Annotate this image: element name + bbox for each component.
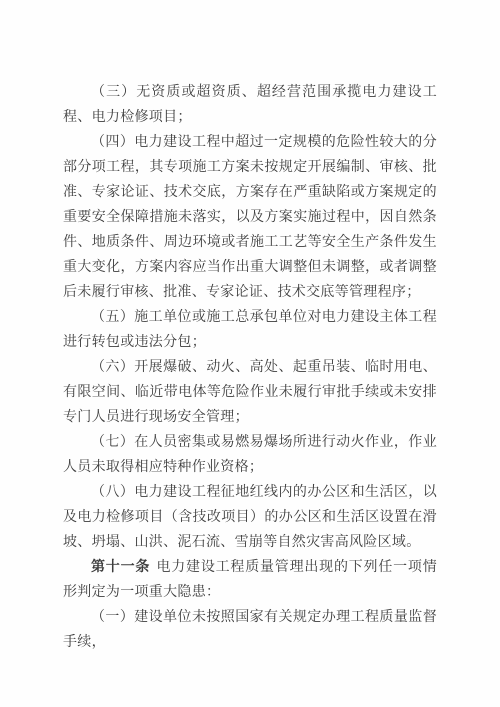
- clause-item-5: （五）施工单位或施工总承包单位对电力建设主体工程进行转包或违法分包；: [63, 305, 437, 355]
- clause-item-6: （六）开展爆破、动火、高处、起重吊装、临时用电、有限空间、临近带电体等危险作业未…: [63, 355, 437, 430]
- clause-item-1: （一）建设单位未按照国家有关规定办理工程质量监督手续，: [63, 605, 437, 655]
- clause-item-4: （四）电力建设工程中超过一定规模的危险性较大的分部分项工程，其专项施工方案未按规…: [63, 130, 437, 305]
- article-11-paragraph: 第十一条电力建设工程质量管理出现的下列任一项情形判定为一项重大隐患：: [63, 555, 437, 605]
- document-body: （三）无资质或超资质、超经营范围承揽电力建设工程、电力检修项目； （四）电力建设…: [63, 80, 437, 655]
- clause-item-3: （三）无资质或超资质、超经营范围承揽电力建设工程、电力检修项目；: [63, 80, 437, 130]
- document-page: （三）无资质或超资质、超经营范围承揽电力建设工程、电力检修项目； （四）电力建设…: [0, 0, 500, 707]
- clause-item-8: （八）电力建设工程征地红线内的办公区和生活区，以及电力检修项目（含技改项目）的办…: [63, 480, 437, 555]
- article-11-number: 第十一条: [91, 560, 150, 575]
- clause-item-7: （七）在人员密集或易燃易爆场所进行动火作业，作业人员未取得相应特种作业资格；: [63, 430, 437, 480]
